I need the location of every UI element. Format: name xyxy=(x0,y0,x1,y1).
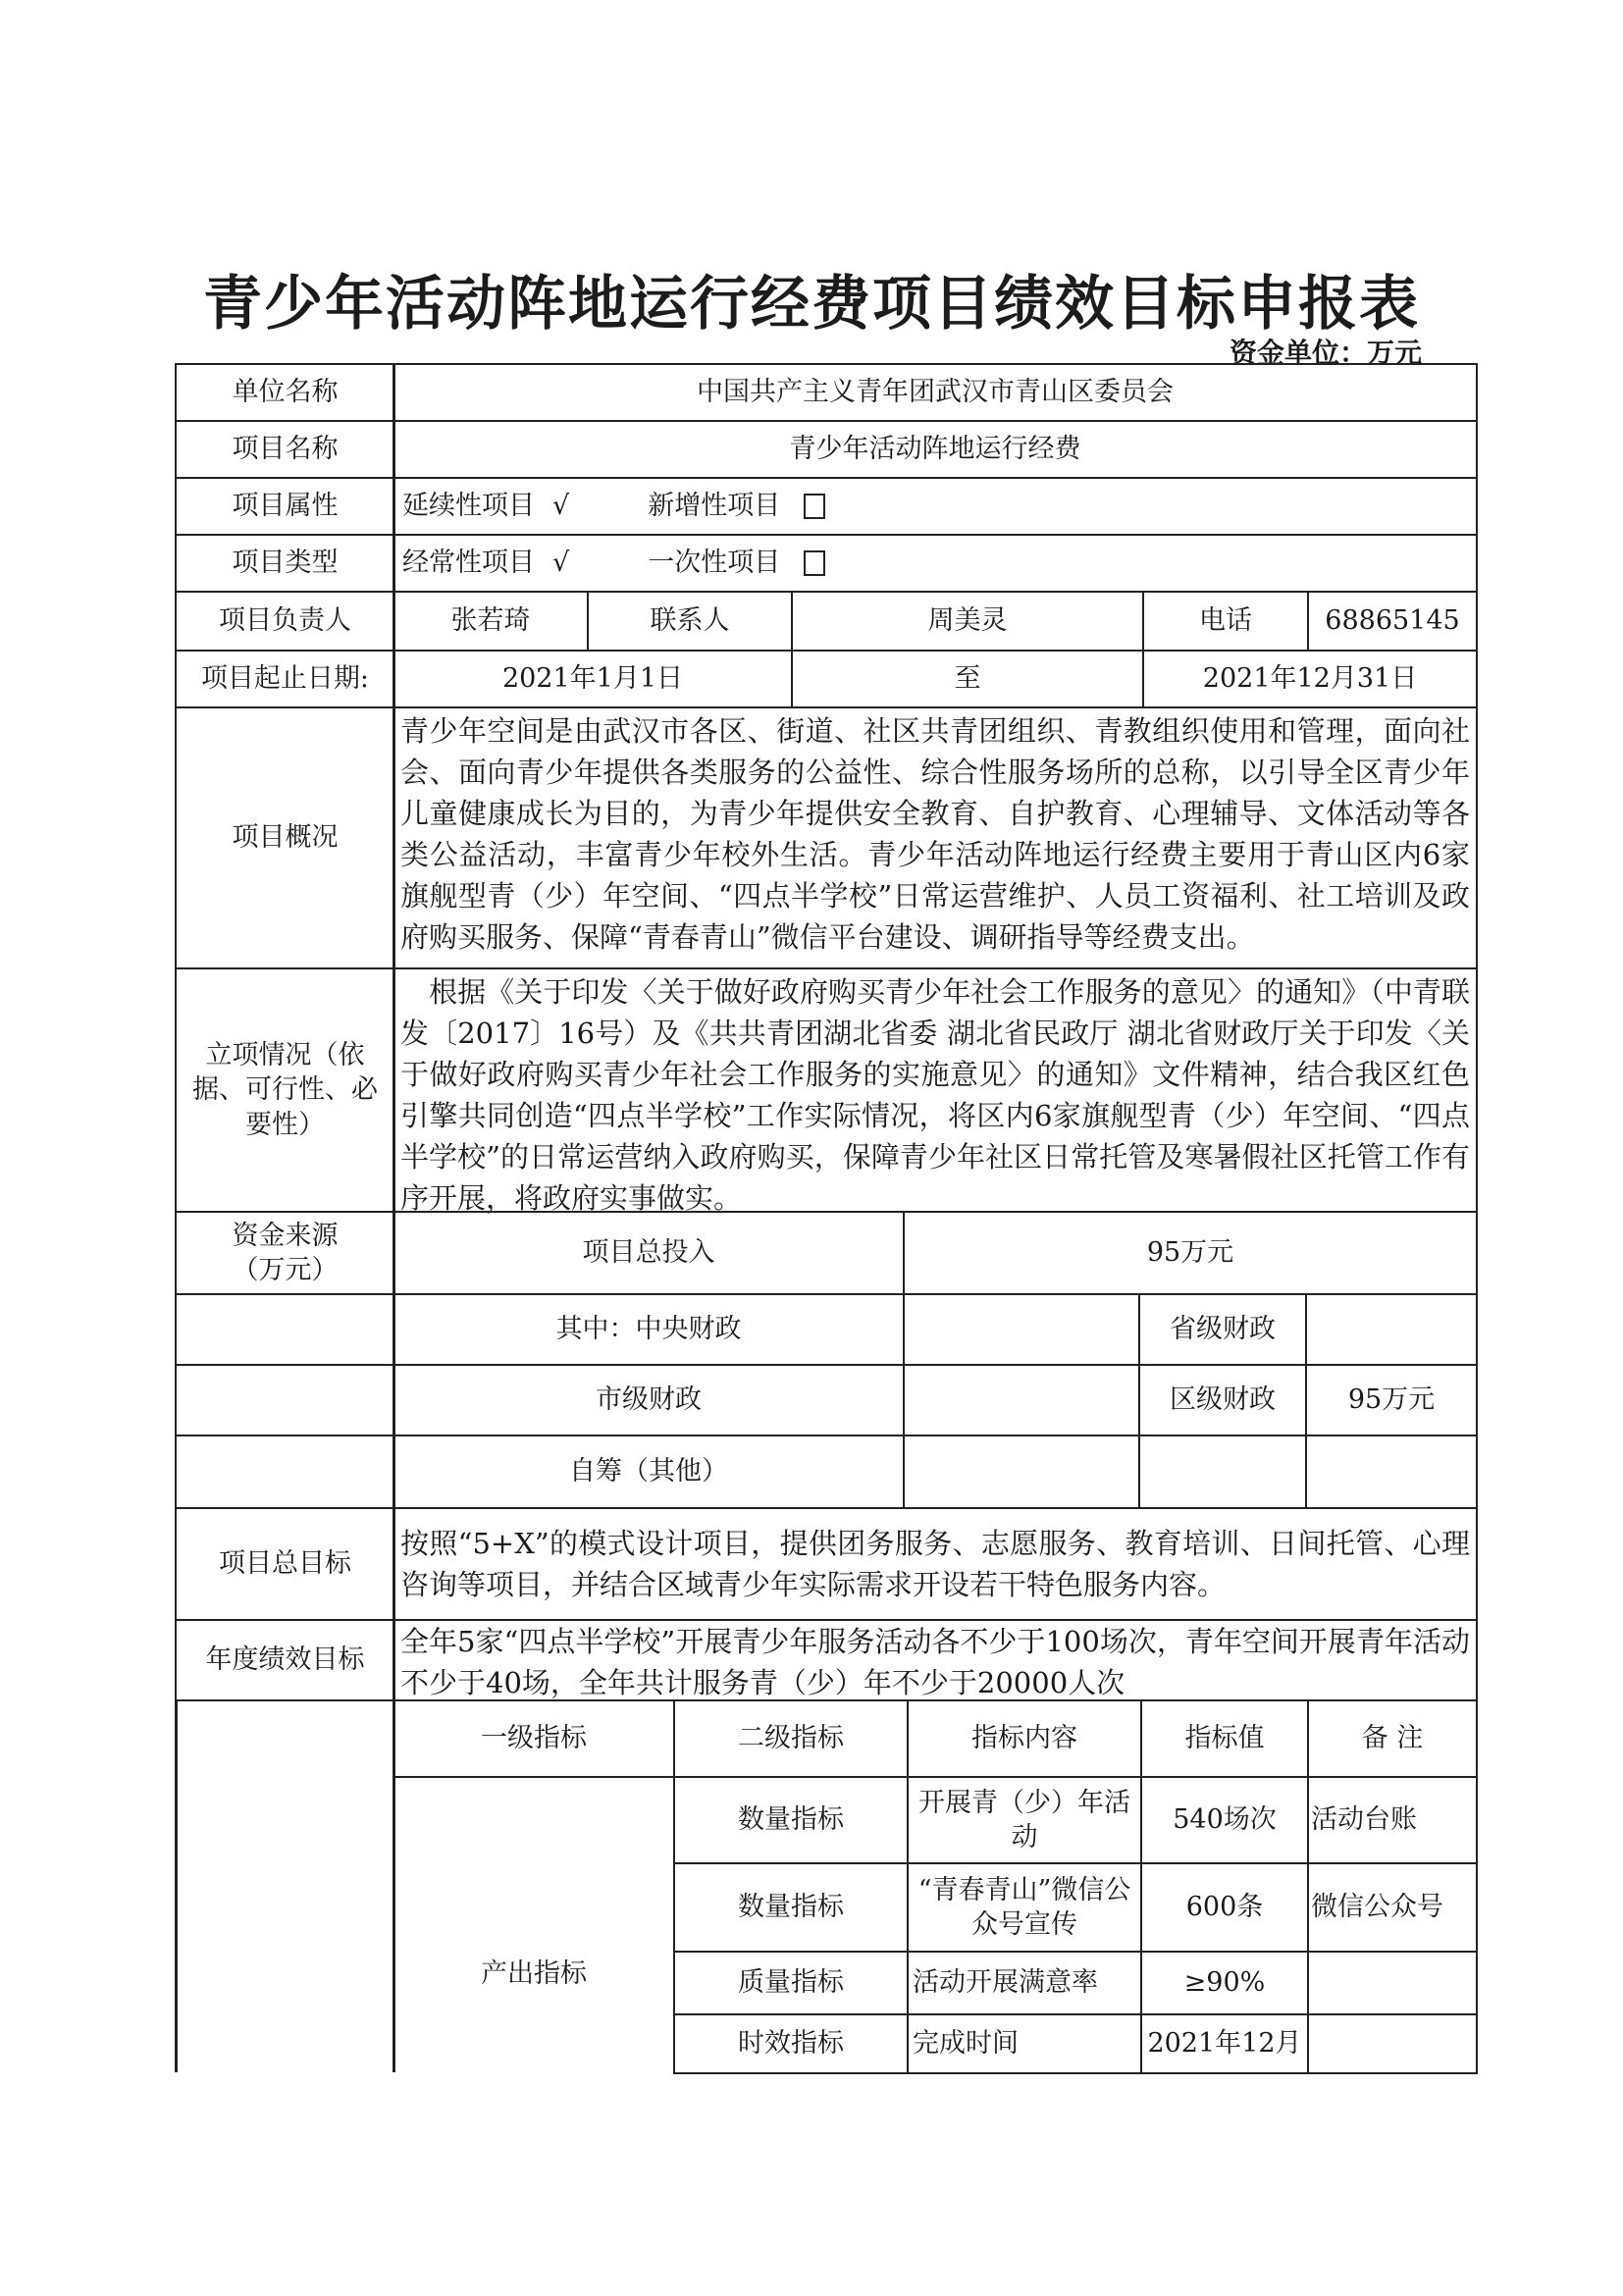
owner-value: 张若琦 xyxy=(393,591,589,652)
basis-text: 根据《关于印发〈关于做好政府购买青少年社会工作服务的意见〉的通知》（中青联发〔2… xyxy=(393,967,1478,1213)
row2-content: “青春青山”微信公众号宣传 xyxy=(907,1862,1142,1953)
level1-output: 产出指标 xyxy=(393,1776,675,2072)
page-title: 青少年活动阵地运行经费项目绩效目标申报表 xyxy=(0,257,1623,341)
row3-level2: 质量指标 xyxy=(673,1951,909,2015)
row3-content: 活动开展满意率 xyxy=(907,1951,1142,2015)
row4-note xyxy=(1307,2013,1478,2074)
header-level2: 二级指标 xyxy=(673,1699,909,1778)
funding-district-value: 95万元 xyxy=(1305,1364,1478,1436)
row4-level2: 时效指标 xyxy=(673,2013,909,2074)
org-label: 单位名称 xyxy=(175,363,395,422)
overview-label: 项目概况 xyxy=(175,706,395,969)
row1-content: 开展青（少）年活动 xyxy=(907,1776,1142,1864)
period-label: 项目起止日期: xyxy=(175,650,395,708)
overview-text: 青少年空间是由武汉市各区、街道、社区共青团组织、青教组织使用和管理，面向社会、面… xyxy=(393,706,1478,969)
funding-provincial-label: 省级财政 xyxy=(1138,1293,1307,1366)
end-date: 2021年12月31日 xyxy=(1142,650,1478,708)
header-note: 备 注 xyxy=(1307,1699,1478,1778)
funding-blank-cell xyxy=(1138,1435,1307,1509)
row1-level2: 数量指标 xyxy=(673,1776,909,1864)
type-option-onetime: 一次性项目 xyxy=(648,546,780,580)
row2-level2: 数量指标 xyxy=(673,1862,909,1953)
row2-value: 600条 xyxy=(1140,1862,1309,1953)
project-name-value: 青少年活动阵地运行经费 xyxy=(393,420,1478,479)
funding-self-label: 自筹（其他） xyxy=(393,1435,905,1509)
row1-value: 540场次 xyxy=(1140,1776,1309,1864)
funding-blank-cell xyxy=(175,1293,395,1366)
check-mark-icon: √ xyxy=(552,489,569,523)
row4-content: 完成时间 xyxy=(907,2013,1142,2074)
empty-checkbox-icon xyxy=(804,494,825,519)
project-attr-options: 延续性项目 √ 新增性项目 xyxy=(393,477,1478,536)
annual-text: 全年5家“四点半学校”开展青少年服务活动各不少于100场次，青年空间开展青年活动… xyxy=(393,1619,1478,1701)
goal-text: 按照“5+X”的模式设计项目，提供团务服务、志愿服务、教育培训、日间托管、心理咨… xyxy=(393,1507,1478,1621)
project-attr-label: 项目属性 xyxy=(175,477,395,536)
project-type-options: 经常性项目 √ 一次性项目 xyxy=(393,534,1478,593)
funding-total-label: 项目总投入 xyxy=(393,1211,905,1295)
funding-central-label: 其中：中央财政 xyxy=(393,1293,905,1366)
phone-value: 68865145 xyxy=(1307,591,1478,652)
funding-district-label: 区级财政 xyxy=(1138,1364,1307,1436)
org-value: 中国共产主义青年团武汉市青山区委员会 xyxy=(393,363,1478,422)
project-name-label: 项目名称 xyxy=(175,420,395,479)
annual-label: 年度绩效目标 xyxy=(175,1619,395,1701)
row4-value: 2021年12月 xyxy=(1140,2013,1309,2074)
owner-label: 项目负责人 xyxy=(175,591,395,652)
project-type-label: 项目类型 xyxy=(175,534,395,593)
row3-note xyxy=(1307,1951,1478,2015)
date-separator: 至 xyxy=(791,650,1144,708)
empty-checkbox-icon xyxy=(804,550,825,576)
funding-total-value: 95万元 xyxy=(903,1211,1478,1295)
header-level1: 一级指标 xyxy=(393,1699,675,1778)
funding-provincial-value xyxy=(1305,1293,1478,1366)
table-left-border xyxy=(175,1699,178,2072)
goal-label: 项目总目标 xyxy=(175,1507,395,1621)
row1-note: 活动台账 xyxy=(1307,1776,1478,1864)
header-value: 指标值 xyxy=(1140,1699,1309,1778)
check-mark-icon: √ xyxy=(552,546,569,580)
phone-label: 电话 xyxy=(1142,591,1309,652)
header-content: 指标内容 xyxy=(907,1699,1142,1778)
start-date: 2021年1月1日 xyxy=(393,650,793,708)
attr-option-continuing: 延续性项目 xyxy=(402,489,535,523)
attr-option-new: 新增性项目 xyxy=(648,489,780,523)
funding-blank-cell xyxy=(175,1364,395,1436)
funding-central-value xyxy=(903,1293,1140,1366)
funding-blank-cell xyxy=(175,1435,395,1509)
basis-label: 立项情况（依据、可行性、必要性） xyxy=(175,967,395,1213)
funding-label: 资金来源（万元） xyxy=(175,1211,395,1295)
row2-note: 微信公众号 xyxy=(1307,1862,1478,1953)
funding-city-value xyxy=(903,1364,1140,1436)
funding-city-label: 市级财政 xyxy=(393,1364,905,1436)
contact-value: 周美灵 xyxy=(791,591,1144,652)
contact-label: 联系人 xyxy=(587,591,793,652)
funding-self-value xyxy=(903,1435,1140,1509)
row3-value: ≥90% xyxy=(1140,1951,1309,2015)
type-option-regular: 经常性项目 xyxy=(402,546,535,580)
funding-blank-cell xyxy=(1305,1435,1478,1509)
